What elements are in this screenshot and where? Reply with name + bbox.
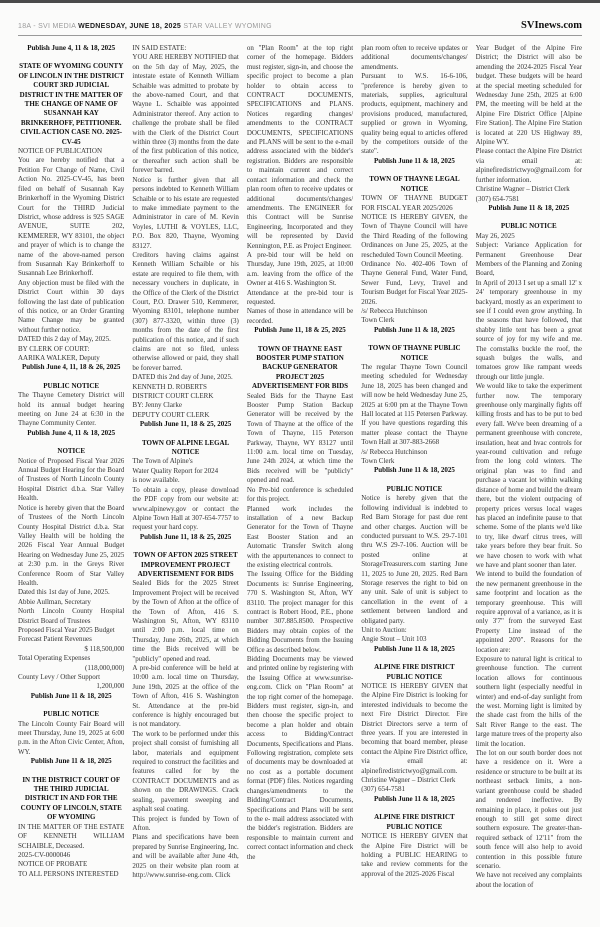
notice-heading: TOWN OF THAYNE LEGAL NOTICE	[361, 175, 467, 194]
notice-paragraph: Notice of Proposed Fiscal Year 2026 Annu…	[18, 457, 124, 504]
notice-paragraph: DATED this 2nd day of June, 2025.	[132, 373, 238, 382]
notice-paragraph: The Lincoln County Fair Board will meet …	[18, 720, 124, 758]
notice-paragraph: Bidding Documents may be viewed and prin…	[247, 655, 353, 862]
notice-paragraph: Proposed Fiscal Year 2025 Budget	[18, 626, 124, 635]
notice-paragraph: Planned work includes the installation o…	[247, 505, 353, 571]
publish-line: Publish June 11 & 18, 2025	[361, 157, 467, 166]
notice-paragraph: Town Clerk	[361, 316, 467, 325]
notice-paragraph: BY: Jenny Clarke	[132, 401, 238, 410]
masthead: 18A - SVI MEDIA WEDNESDAY, JUNE 18, 2025…	[18, 20, 582, 36]
publish-line: Publish June 11, 18 & 25, 2025	[247, 326, 353, 335]
notice-paragraph: You are hereby notified that a Petition …	[18, 156, 124, 278]
notice-paragraph: YOU ARE HEREBY NOTIFIED that on the 5th …	[132, 53, 238, 175]
notice-paragraph: DATED this 2 day of May, 2025.	[18, 335, 124, 344]
notice-paragraph: Angie Stout – Unit 103	[361, 635, 467, 644]
notice-paragraph: Abbie Aullman, Secretary	[18, 598, 124, 607]
notice-paragraph: The lot on our south border does not hav…	[476, 749, 582, 871]
notice-heading: TOWN OF AFTON 2025 STREET IMPROVEMENT PR…	[132, 551, 238, 579]
notice-paragraph: Pursuant to W.S. 16-6-106, "preference i…	[361, 72, 467, 157]
legal-notices-column-1: Publish June 4, 11 & 18, 2025STATE OF WY…	[18, 44, 124, 913]
notice-paragraph: The work to be performed under this proj…	[132, 730, 238, 815]
notice-paragraph: The regular Thayne Town Council meeting …	[361, 363, 467, 448]
notice-paragraph: TOWN OF THAYNE BUDGET FOR FISCAL YEAR 20…	[361, 194, 467, 213]
budget-amount: (118,000,000)	[18, 664, 124, 673]
notice-paragraph: Sealed Bids for the 2025 Street Improvem…	[132, 579, 238, 664]
budget-amount: 1,200,000	[18, 682, 124, 691]
notice-paragraph: Notice is hereby given that the followin…	[361, 494, 467, 626]
notice-paragraph: Year Budget of the Alpine Fire District;…	[476, 44, 582, 147]
notice-paragraph: IN THE MATTER OF THE ESTATE OF KENNETH W…	[18, 823, 124, 851]
notice-paragraph: Exposure to natural light is critical to…	[476, 655, 582, 749]
notice-paragraph: Unit to Auction:	[361, 626, 467, 635]
notice-paragraph: Christine Wagner – District Clerk	[361, 776, 467, 785]
notice-paragraph: (307) 654-7581	[476, 195, 582, 204]
notice-paragraph: Ordinance No. 402-406 Town of Thayne Gen…	[361, 260, 467, 307]
notice-heading: TOWN OF ALPINE LEGAL NOTICE	[132, 439, 238, 458]
notice-paragraph: /s/ Rebecca Hutchinson	[361, 307, 467, 316]
notice-heading: PUBLIC NOTICE	[18, 710, 124, 719]
notice-paragraph: May 26, 2025	[476, 232, 582, 241]
notice-heading: PUBLIC NOTICE	[361, 485, 467, 494]
notice-paragraph: KENNETH D. ROBERTS	[132, 383, 238, 392]
newspaper-page: 18A - SVI MEDIA WEDNESDAY, JUNE 18, 2025…	[0, 0, 600, 927]
notice-heading: ALPINE FIRE DISTRICT PUBLIC NOTICE	[361, 663, 467, 682]
notice-heading: PUBLIC NOTICE	[476, 222, 582, 231]
publish-line: Publish June 11 & 18, 2025	[18, 757, 124, 766]
notice-paragraph: Subject: Variance Application for Perman…	[476, 241, 582, 279]
notice-paragraph: is now available.	[132, 476, 238, 485]
notice-paragraph: The Issuing Office for the Bidding Docum…	[247, 570, 353, 655]
notice-paragraph: plan room often to receive updates or ad…	[361, 44, 467, 72]
legal-notices-column-4: plan room often to receive updates or ad…	[361, 44, 467, 913]
publish-line: Publish June 4, 11 & 18, 2025	[18, 44, 124, 53]
legal-notices-column-2: IN SAID ESTATE:YOU ARE HEREBY NOTIFIED t…	[132, 44, 238, 913]
publish-line: Publish June 11 & 18, 2025	[18, 692, 124, 701]
notice-paragraph: Christine Wagner – District Clerk	[476, 185, 582, 194]
notice-paragraph: DEPUTY COURT CLERK	[132, 411, 238, 420]
notice-paragraph: /s/ Rebecca Hutchinson	[361, 448, 467, 457]
notice-paragraph: The Thayne Cemetery District will hold i…	[18, 391, 124, 429]
notice-paragraph: TO ALL PERSONS INTERESTED	[18, 870, 124, 879]
notice-paragraph: Sealed Bids for the Thayne East Booster …	[247, 392, 353, 486]
notice-paragraph: DISTRICT COURT CLERK	[132, 392, 238, 401]
notice-heading: IN THE DISTRICT COURT OF THE THIRD JUDIC…	[18, 776, 124, 823]
masthead-left: 18A - SVI MEDIA WEDNESDAY, JUNE 18, 2025…	[18, 23, 272, 30]
notice-paragraph: Notice is further given that all persons…	[132, 176, 238, 251]
notice-heading: PUBLIC NOTICE	[18, 382, 124, 391]
publish-line: Publish June 4, 11, 18 & 26, 2025	[18, 363, 124, 372]
notice-paragraph: Any objection must be filed with the Dis…	[18, 279, 124, 335]
notice-paragraph: Water Quality Report for 2024	[132, 467, 238, 476]
publish-line: Publish June 11 & 18, 2025	[361, 795, 467, 804]
budget-amount: $ 118,500,000	[18, 645, 124, 654]
publish-line: Publish June 4, 11 & 18, 2025	[18, 429, 124, 438]
notice-paragraph: 2025-CV-0000046	[18, 851, 124, 860]
notice-paragraph: Town Clerk	[361, 457, 467, 466]
notice-paragraph: NOTICE IS HEREBY GIVEN that the Alpine F…	[361, 682, 467, 776]
page-top-bar	[0, 0, 600, 3]
notice-paragraph: NOTICE IS HEREBY GIVEN that the Alpine F…	[361, 832, 467, 879]
notice-paragraph: A pre-bid conference will be held at 10:…	[132, 664, 238, 730]
notice-heading: NOTICE	[18, 447, 124, 456]
notice-paragraph: County Levy / Other Support	[18, 673, 124, 682]
notice-paragraph: Plans and specifications have been prepa…	[132, 833, 238, 880]
notice-paragraph: AARIKA WALKER, Deputy	[18, 354, 124, 363]
publish-line: Publish June 11 & 18, 2025	[361, 645, 467, 654]
notice-paragraph: Attendance at the pre-bid tour is reques…	[247, 289, 353, 308]
notice-paragraph: A pre-bid tour will be held on Thursday,…	[247, 251, 353, 289]
notice-paragraph: BY CLERK OF COURT:	[18, 345, 124, 354]
website-label: SVInews.com	[521, 20, 582, 31]
notice-paragraph: No Pre-bid conference is scheduled for t…	[247, 486, 353, 505]
publish-line: Publish June 11, 18 & 25, 2025	[132, 420, 238, 429]
notice-paragraph: Creditors having claims against Kenneth …	[132, 251, 238, 373]
legal-notices-column-5: Year Budget of the Alpine Fire District;…	[476, 44, 582, 913]
notice-heading: STATE OF WYOMING COUNTY OF LINCOLN IN TH…	[18, 62, 124, 147]
notice-paragraph: Notice is hereby given that the Board of…	[18, 504, 124, 589]
notice-paragraph: (307) 654-7581	[361, 785, 467, 794]
notice-paragraph: North Lincoln County Hospital District B…	[18, 607, 124, 626]
notice-paragraph: Total Operating Expenses	[18, 654, 124, 663]
notice-paragraph: Forecast Patient Revenues	[18, 635, 124, 644]
page-number-label: 18A - SVI MEDIA	[18, 23, 76, 30]
notice-paragraph: Please contact the Alpine Fire District …	[476, 147, 582, 185]
legal-notices-column-3: on "Plan Room" at the top right corner o…	[247, 44, 353, 913]
notice-paragraph: The Town of Alpine's	[132, 457, 238, 466]
notice-paragraph: Dated this 1st day of June, 2025.	[18, 588, 124, 597]
notice-paragraph: IN SAID ESTATE:	[132, 44, 238, 53]
notice-paragraph: In April of 2013 I set up a small 12' x …	[476, 279, 582, 382]
legal-notices-columns: Publish June 4, 11 & 18, 2025STATE OF WY…	[18, 44, 582, 913]
issue-date: WEDNESDAY, JUNE 18, 2025	[78, 23, 181, 30]
notice-paragraph: NOTICE OF PROBATE	[18, 860, 124, 869]
publish-line: Publish June 11, 18 & 25, 2025	[132, 533, 238, 542]
notice-paragraph: We would like to take the experiment fur…	[476, 382, 582, 570]
notice-paragraph: on "Plan Room" at the top right corner o…	[247, 44, 353, 251]
notice-heading: TOWN OF THAYNE PUBLIC NOTICE	[361, 344, 467, 363]
notice-paragraph: NOTICE OF PUBLICATION	[18, 147, 124, 156]
publish-line: Publish June 11 & 18, 2025	[476, 204, 582, 213]
publish-line: Publish June 11 & 18, 2025	[361, 326, 467, 335]
region-label: STAR VALLEY WYOMING	[183, 23, 272, 30]
notice-heading: ALPINE FIRE DISTRICT PUBLIC NOTICE	[361, 813, 467, 832]
notice-paragraph: Names of those in attendance will be rec…	[247, 307, 353, 326]
publish-line: Publish June 11 & 18, 2025	[361, 466, 467, 475]
notice-paragraph: To obtain a copy, please download the PD…	[132, 486, 238, 533]
notice-paragraph: NOTICE IS HEREBY GIVEN, the Town of Thay…	[361, 213, 467, 260]
notice-paragraph: We intend to build the foundation of the…	[476, 570, 582, 655]
notice-heading: TOWN OF THAYNE EAST BOOSTER PUMP STATION…	[247, 345, 353, 392]
notice-paragraph: We have not received any complaints abou…	[476, 871, 582, 890]
notice-paragraph: This project is funded by Town of Afton.	[132, 815, 238, 834]
